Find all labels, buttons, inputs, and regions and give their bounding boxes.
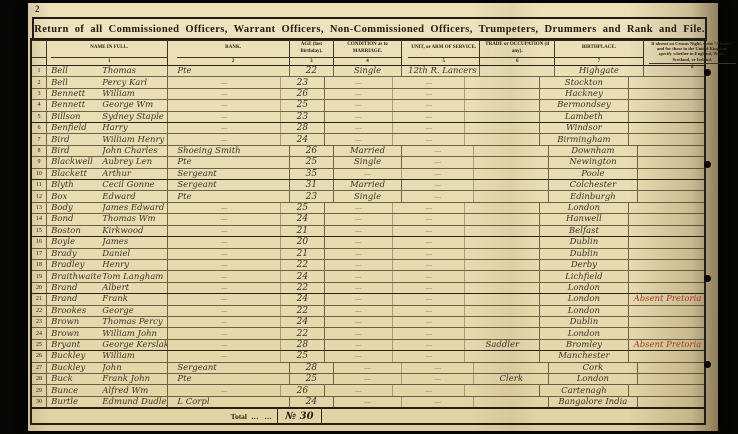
birthplace-cell: London	[540, 294, 628, 304]
age-cell: 23	[281, 77, 325, 87]
age-cell: 24	[281, 134, 325, 144]
absent-cell	[629, 249, 721, 259]
table-row: 10 Blackett Arthur Sergeant 35 — — Poole	[32, 169, 704, 180]
table-row: 2 Bell Percy Karl — 23 — — Stockton	[32, 77, 704, 88]
absent-cell	[629, 203, 721, 213]
unit-cell: —	[393, 226, 465, 236]
surname: Bond	[51, 214, 102, 224]
table-row: 24 Brown William John — 22 — — London	[32, 328, 704, 339]
forename: George Kerslake	[102, 340, 167, 350]
unit-cell: —	[393, 260, 465, 270]
surname: Bird	[51, 146, 102, 156]
absent-cell	[629, 306, 721, 316]
name-cell: Brown William John	[47, 328, 168, 338]
age-cell: 25	[281, 203, 325, 213]
table-row: 15 Boston Kirkwood — 21 — — Belfast	[32, 226, 704, 237]
rank-cell: —	[168, 249, 281, 259]
forename: William	[102, 351, 167, 361]
table-row: 6 Benfield Harry — 28 — — Windsor	[32, 123, 704, 134]
absent-cell	[629, 226, 721, 236]
age-cell: 31	[290, 180, 334, 190]
age-cell: 20	[281, 237, 325, 247]
row-number: 28	[32, 374, 47, 384]
row-number: 8	[32, 146, 47, 156]
condition-cell: —	[325, 249, 393, 259]
unit-cell: —	[393, 340, 465, 350]
birthplace-cell: London	[540, 283, 628, 293]
forename: James Edward	[102, 203, 167, 213]
table-row: 16 Boyle James — 20 — — Dublin	[32, 237, 704, 248]
birthplace-cell: Bermondsey	[540, 100, 628, 110]
row-number: 18	[32, 260, 47, 270]
surname: Brady	[51, 249, 102, 259]
unit-cell: —	[402, 397, 474, 407]
absent-cell	[638, 363, 730, 373]
rank-cell: —	[168, 123, 281, 133]
table-row: 8 Bird John Charles Shoeing Smith 26 Mar…	[32, 146, 704, 157]
unit-cell: —	[393, 214, 465, 224]
age-cell: 26	[281, 385, 325, 395]
forename: Cecil Gonne	[102, 180, 167, 190]
header-absent-note: If absent on Census Night, write “Absent…	[644, 40, 736, 65]
condition-cell: —	[325, 237, 393, 247]
dot-leaders: … …	[251, 412, 274, 421]
trade-cell	[465, 100, 540, 110]
forename: William John	[102, 329, 167, 339]
surname: Blyth	[51, 180, 102, 190]
name-cell: Brand Albert	[47, 283, 168, 293]
absent-cell	[644, 66, 736, 76]
row-number: 4	[32, 100, 47, 110]
name-cell: Blyth Cecil Gonne	[47, 180, 168, 190]
name-cell: Braithwaite Tom Langham	[47, 271, 168, 281]
unit-cell: —	[402, 180, 474, 190]
birthplace-cell: Lichfield	[540, 271, 628, 281]
table-header-row: NAME IN FULL. 1 RANK. 2 AGE (last Birthd…	[32, 40, 704, 66]
surname: Brand	[51, 294, 102, 304]
absent-cell	[629, 123, 721, 133]
absent-cell	[629, 283, 721, 293]
forename: William	[102, 89, 167, 99]
condition-cell: —	[325, 306, 393, 316]
condition-cell: —	[325, 328, 393, 338]
surname: Brown	[51, 329, 102, 339]
forename: Frank	[102, 294, 167, 304]
unit-cell: —	[393, 203, 465, 213]
age-cell: 35	[290, 169, 334, 179]
table-row: 14 Bond Thomas Wm — 24 — — Hanwell	[32, 214, 704, 225]
forename: Tom Langham	[102, 272, 167, 282]
row-number: 25	[32, 340, 47, 350]
trade-cell	[474, 397, 549, 407]
rank-cell: —	[168, 237, 281, 247]
forename: Aubrey Len	[102, 157, 167, 167]
unit-cell: —	[393, 385, 465, 395]
forename: Thomas Percy	[102, 317, 167, 327]
age-cell: 24	[281, 294, 325, 304]
row-number: 17	[32, 249, 47, 259]
condition-cell: Single	[334, 66, 402, 76]
age-cell: 21	[281, 249, 325, 259]
birthplace-cell: Cork	[549, 363, 637, 373]
rank-cell: Sergeant	[168, 169, 290, 179]
forename: Thomas Wm	[102, 214, 167, 224]
table-row: 23 Brown Thomas Percy — 24 — — Dublin	[32, 317, 704, 328]
birthplace-cell: Bangalore India	[549, 397, 637, 407]
surname: Box	[51, 192, 102, 202]
total-label: Total … …	[162, 409, 277, 423]
trade-cell	[465, 134, 540, 144]
census-return-table: NAME IN FULL. 1 RANK. 2 AGE (last Birthd…	[30, 38, 706, 425]
condition-cell: Single	[334, 191, 402, 201]
unit-cell: —	[393, 100, 465, 110]
forename: George	[102, 306, 167, 316]
row-number: 19	[32, 271, 47, 281]
age-cell: 22	[281, 328, 325, 338]
unit-cell: —	[402, 169, 474, 179]
document-page: 2 Return of all Commissioned Officers, W…	[28, 3, 718, 431]
surname: Bryant	[51, 340, 102, 350]
row-number: 6	[32, 123, 47, 133]
name-cell: Bennett William	[47, 89, 168, 99]
birthplace-cell: Bromley	[540, 340, 628, 350]
rank-cell: —	[168, 226, 281, 236]
birthplace-cell: Poole	[549, 169, 637, 179]
absent-cell	[638, 180, 730, 190]
surname: Brand	[51, 283, 102, 293]
condition-cell: Married	[334, 180, 402, 190]
table-row: 11 Blyth Cecil Gonne Sergeant 31 Married…	[32, 180, 704, 191]
unit-cell: —	[402, 191, 474, 201]
trade-cell	[474, 363, 549, 373]
condition-cell: —	[334, 169, 402, 179]
age-cell: 26	[281, 89, 325, 99]
condition-cell: —	[325, 385, 393, 395]
surname: Bunce	[51, 386, 102, 396]
rank-cell: —	[168, 294, 281, 304]
condition-cell: Married	[334, 146, 402, 156]
rank-cell: Pte	[168, 157, 290, 167]
forename: Arthur	[102, 169, 167, 179]
condition-cell: —	[325, 283, 393, 293]
punch-hole	[704, 161, 711, 168]
birthplace-cell: Dublin	[540, 317, 628, 327]
condition-cell: —	[325, 271, 393, 281]
birthplace-cell: Hanwell	[540, 214, 628, 224]
trade-cell: Saddler	[465, 340, 540, 350]
rank-cell: L Corpl	[168, 397, 290, 407]
rank-cell: —	[168, 89, 281, 99]
absent-cell	[629, 317, 721, 327]
absent-cell	[638, 157, 730, 167]
age-cell: 28	[281, 340, 325, 350]
table-row: 7 Bird William Henry — 24 — — Birmingham	[32, 134, 704, 145]
header-row-number-column	[32, 40, 47, 65]
absent-cell	[629, 77, 721, 87]
trade-cell	[474, 169, 549, 179]
name-cell: Bond Thomas Wm	[47, 214, 168, 224]
condition-cell: —	[325, 100, 393, 110]
unit-cell: —	[393, 271, 465, 281]
row-number: 3	[32, 89, 47, 99]
name-cell: Billson Sydney Staple	[47, 112, 168, 122]
table-row: 3 Bennett William — 26 — — Hackney	[32, 89, 704, 100]
trade-cell	[465, 226, 540, 236]
rank-cell: —	[168, 77, 281, 87]
punch-hole	[704, 69, 711, 76]
rank-cell: —	[168, 340, 281, 350]
forename: James	[102, 237, 167, 247]
name-cell: Bird John Charles	[47, 146, 168, 156]
forename: Frank John	[102, 374, 167, 384]
name-cell: Buckley John	[47, 363, 168, 373]
birthplace-cell: Derby	[540, 260, 628, 270]
age-cell: 22	[290, 66, 334, 76]
forename: Sydney Staple	[102, 112, 167, 122]
rank-cell: —	[168, 214, 281, 224]
header-trade-occupation: TRADE or OCCUPATION (if any). 6	[480, 40, 555, 65]
birthplace-cell: Downham	[549, 146, 637, 156]
table-row: 22 Brookes George — 22 — — London	[32, 306, 704, 317]
row-number: 27	[32, 363, 47, 373]
unit-cell: 12th R. Lancers	[402, 66, 480, 76]
unit-cell: —	[393, 351, 465, 361]
age-cell: 23	[281, 112, 325, 122]
header-birthplace: BIRTHPLACE. 7	[555, 40, 643, 65]
rank-cell: —	[168, 134, 281, 144]
surname: Blackett	[51, 169, 102, 179]
age-cell: 22	[281, 260, 325, 270]
age-cell: 25	[290, 374, 334, 384]
name-cell: Boyle James	[47, 237, 168, 247]
absent-cell	[629, 134, 721, 144]
absent-cell	[629, 112, 721, 122]
unit-cell: —	[402, 157, 474, 167]
row-number: 30	[32, 397, 47, 407]
condition-cell: Single	[334, 157, 402, 167]
rank-cell: Sergeant	[168, 180, 290, 190]
name-cell: Bradley Henry	[47, 260, 168, 270]
condition-cell: —	[325, 77, 393, 87]
total-spacer	[32, 409, 162, 423]
age-cell: 24	[281, 214, 325, 224]
unit-cell: —	[393, 77, 465, 87]
rank-cell: —	[168, 385, 281, 395]
surname: Boyle	[51, 237, 102, 247]
condition-cell: —	[325, 260, 393, 270]
unit-cell: —	[402, 374, 474, 384]
row-number: 23	[32, 317, 47, 327]
row-number: 24	[32, 328, 47, 338]
condition-cell: —	[334, 363, 402, 373]
row-number: 29	[32, 385, 47, 395]
surname: Benfield	[51, 123, 102, 133]
trade-cell	[465, 294, 540, 304]
age-cell: 26	[290, 146, 334, 156]
forename: Edmund Dudley	[102, 397, 167, 407]
condition-cell: —	[334, 374, 402, 384]
unit-cell: —	[393, 283, 465, 293]
condition-cell: —	[325, 89, 393, 99]
forename: Harry	[102, 123, 167, 133]
absent-cell	[629, 351, 721, 361]
age-cell: 22	[281, 306, 325, 316]
condition-cell: —	[325, 351, 393, 361]
trade-cell	[465, 351, 540, 361]
birthplace-cell: Dublin	[540, 249, 628, 259]
absent-cell	[629, 214, 721, 224]
row-number: 12	[32, 191, 47, 201]
page-number: 2	[35, 4, 40, 14]
age-cell: 24	[281, 317, 325, 327]
surname: Bennett	[51, 100, 102, 110]
surname: Bennett	[51, 89, 102, 99]
table-row: 17 Brady Daniel — 21 — — Dublin	[32, 249, 704, 260]
birthplace-cell: Dublin	[540, 237, 628, 247]
surname: Brown	[51, 317, 102, 327]
forename: Albert	[102, 283, 167, 293]
row-number: 22	[32, 306, 47, 316]
rank-cell: Sergeant	[168, 363, 290, 373]
row-number: 11	[32, 180, 47, 190]
age-cell: 28	[281, 123, 325, 133]
condition-cell: —	[325, 340, 393, 350]
row-number: 7	[32, 134, 47, 144]
surname: Bradley	[51, 260, 102, 270]
birthplace-cell: Highgate	[555, 66, 643, 76]
row-number: 1	[32, 66, 47, 76]
absent-cell	[629, 89, 721, 99]
rank-cell: —	[168, 306, 281, 316]
trade-cell	[474, 157, 549, 167]
table-row: 21 Brand Frank — 24 — — London Absent Pr…	[32, 294, 704, 305]
absent-cell: Absent Pretoria	[629, 294, 721, 304]
trade-cell	[465, 271, 540, 281]
table-body: 1 Bell Thomas Pte 22 Single 12th R. Lanc…	[32, 66, 704, 407]
birthplace-cell: London	[549, 374, 637, 384]
table-row: 5 Billson Sydney Staple — 23 — — Lambeth	[32, 112, 704, 123]
condition-cell: —	[325, 294, 393, 304]
forename: Thomas	[102, 66, 167, 76]
trade-cell	[465, 123, 540, 133]
surname: Blackwell	[51, 157, 102, 167]
condition-cell: —	[325, 112, 393, 122]
forename: Daniel	[102, 249, 167, 259]
name-cell: Brown Thomas Percy	[47, 317, 168, 327]
form-title: Return of all Commissioned Officers, War…	[34, 24, 704, 35]
trade-cell	[465, 385, 540, 395]
unit-cell: —	[402, 146, 474, 156]
row-number: 16	[32, 237, 47, 247]
age-cell: 24	[290, 397, 334, 407]
forename: George Wm	[102, 100, 167, 110]
header-name-in-full: NAME IN FULL. 1	[47, 40, 168, 65]
trade-cell	[465, 249, 540, 259]
absent-cell	[629, 328, 721, 338]
rank-cell: Pte	[168, 66, 290, 76]
unit-cell: —	[393, 123, 465, 133]
trade-cell	[465, 306, 540, 316]
forename: Henry	[102, 260, 167, 270]
table-row: 26 Buckley William — 25 — — Manchester	[32, 351, 704, 362]
unit-cell: —	[393, 249, 465, 259]
age-cell: 25	[281, 351, 325, 361]
row-number: 13	[32, 203, 47, 213]
trade-cell: Clerk	[474, 374, 549, 384]
birthplace-cell: London	[540, 328, 628, 338]
condition-cell: —	[325, 134, 393, 144]
condition-cell: —	[325, 203, 393, 213]
birthplace-cell: Stockton	[540, 77, 628, 87]
unit-cell: —	[393, 328, 465, 338]
row-number: 20	[32, 283, 47, 293]
forename: Alfred Wm	[102, 386, 167, 396]
age-cell: 25	[281, 100, 325, 110]
surname: Billson	[51, 112, 102, 122]
surname: Buckley	[51, 363, 102, 373]
row-number: 21	[32, 294, 47, 304]
birthplace-cell: Cartenagh	[540, 385, 628, 395]
rank-cell: —	[168, 112, 281, 122]
rank-cell: —	[168, 317, 281, 327]
condition-cell: —	[334, 397, 402, 407]
header-age: AGE (last Birthday). 3	[290, 40, 334, 65]
name-cell: Boston Kirkwood	[47, 226, 168, 236]
name-cell: Bennett George Wm	[47, 100, 168, 110]
table-row: 30 Burtle Edmund Dudley L Corpl 24 — — B…	[32, 397, 704, 407]
age-cell: 21	[281, 226, 325, 236]
absent-cell	[629, 260, 721, 270]
table-row: 19 Braithwaite Tom Langham — 24 — — Lich…	[32, 271, 704, 282]
unit-cell: —	[393, 134, 465, 144]
forename: Percy Karl	[102, 78, 167, 88]
age-cell: 24	[281, 271, 325, 281]
condition-cell: —	[325, 214, 393, 224]
age-cell: 28	[290, 363, 334, 373]
trade-cell	[465, 328, 540, 338]
table-row: 20 Brand Albert — 22 — — London	[32, 283, 704, 294]
table-row: 4 Bennett George Wm — 25 — — Bermondsey	[32, 100, 704, 111]
birthplace-cell: Lambeth	[540, 112, 628, 122]
unit-cell: —	[402, 363, 474, 373]
trade-cell	[480, 66, 555, 76]
age-cell: 23	[290, 191, 334, 201]
birthplace-cell: London	[540, 306, 628, 316]
unit-cell: —	[393, 237, 465, 247]
header-unit-arm-of-service: UNIT, or ARM OF SERVICE. 5	[402, 40, 480, 65]
absent-cell	[638, 146, 730, 156]
absent-cell	[629, 100, 721, 110]
age-cell: 25	[290, 157, 334, 167]
birthplace-cell: Hackney	[540, 89, 628, 99]
name-cell: Bunce Alfred Wm	[47, 385, 168, 395]
total-row: Total … … № 30	[32, 407, 704, 423]
trade-cell	[465, 214, 540, 224]
unit-cell: —	[393, 294, 465, 304]
absent-cell	[638, 374, 730, 384]
rank-cell: —	[168, 203, 281, 213]
table-row: 1 Bell Thomas Pte 22 Single 12th R. Lanc…	[32, 66, 704, 77]
surname: Bell	[51, 66, 102, 76]
header-condition-marriage: CONDITION as to MARRIAGE. 4	[334, 40, 402, 65]
punch-hole	[704, 275, 711, 282]
birthplace-cell: Newington	[549, 157, 637, 167]
table-row: 27 Buckley John Sergeant 28 — — Cork	[32, 363, 704, 374]
surname: Body	[51, 203, 102, 213]
surname: Bird	[51, 135, 102, 145]
name-cell: Buckley William	[47, 351, 168, 361]
rank-cell: Pte	[168, 374, 290, 384]
